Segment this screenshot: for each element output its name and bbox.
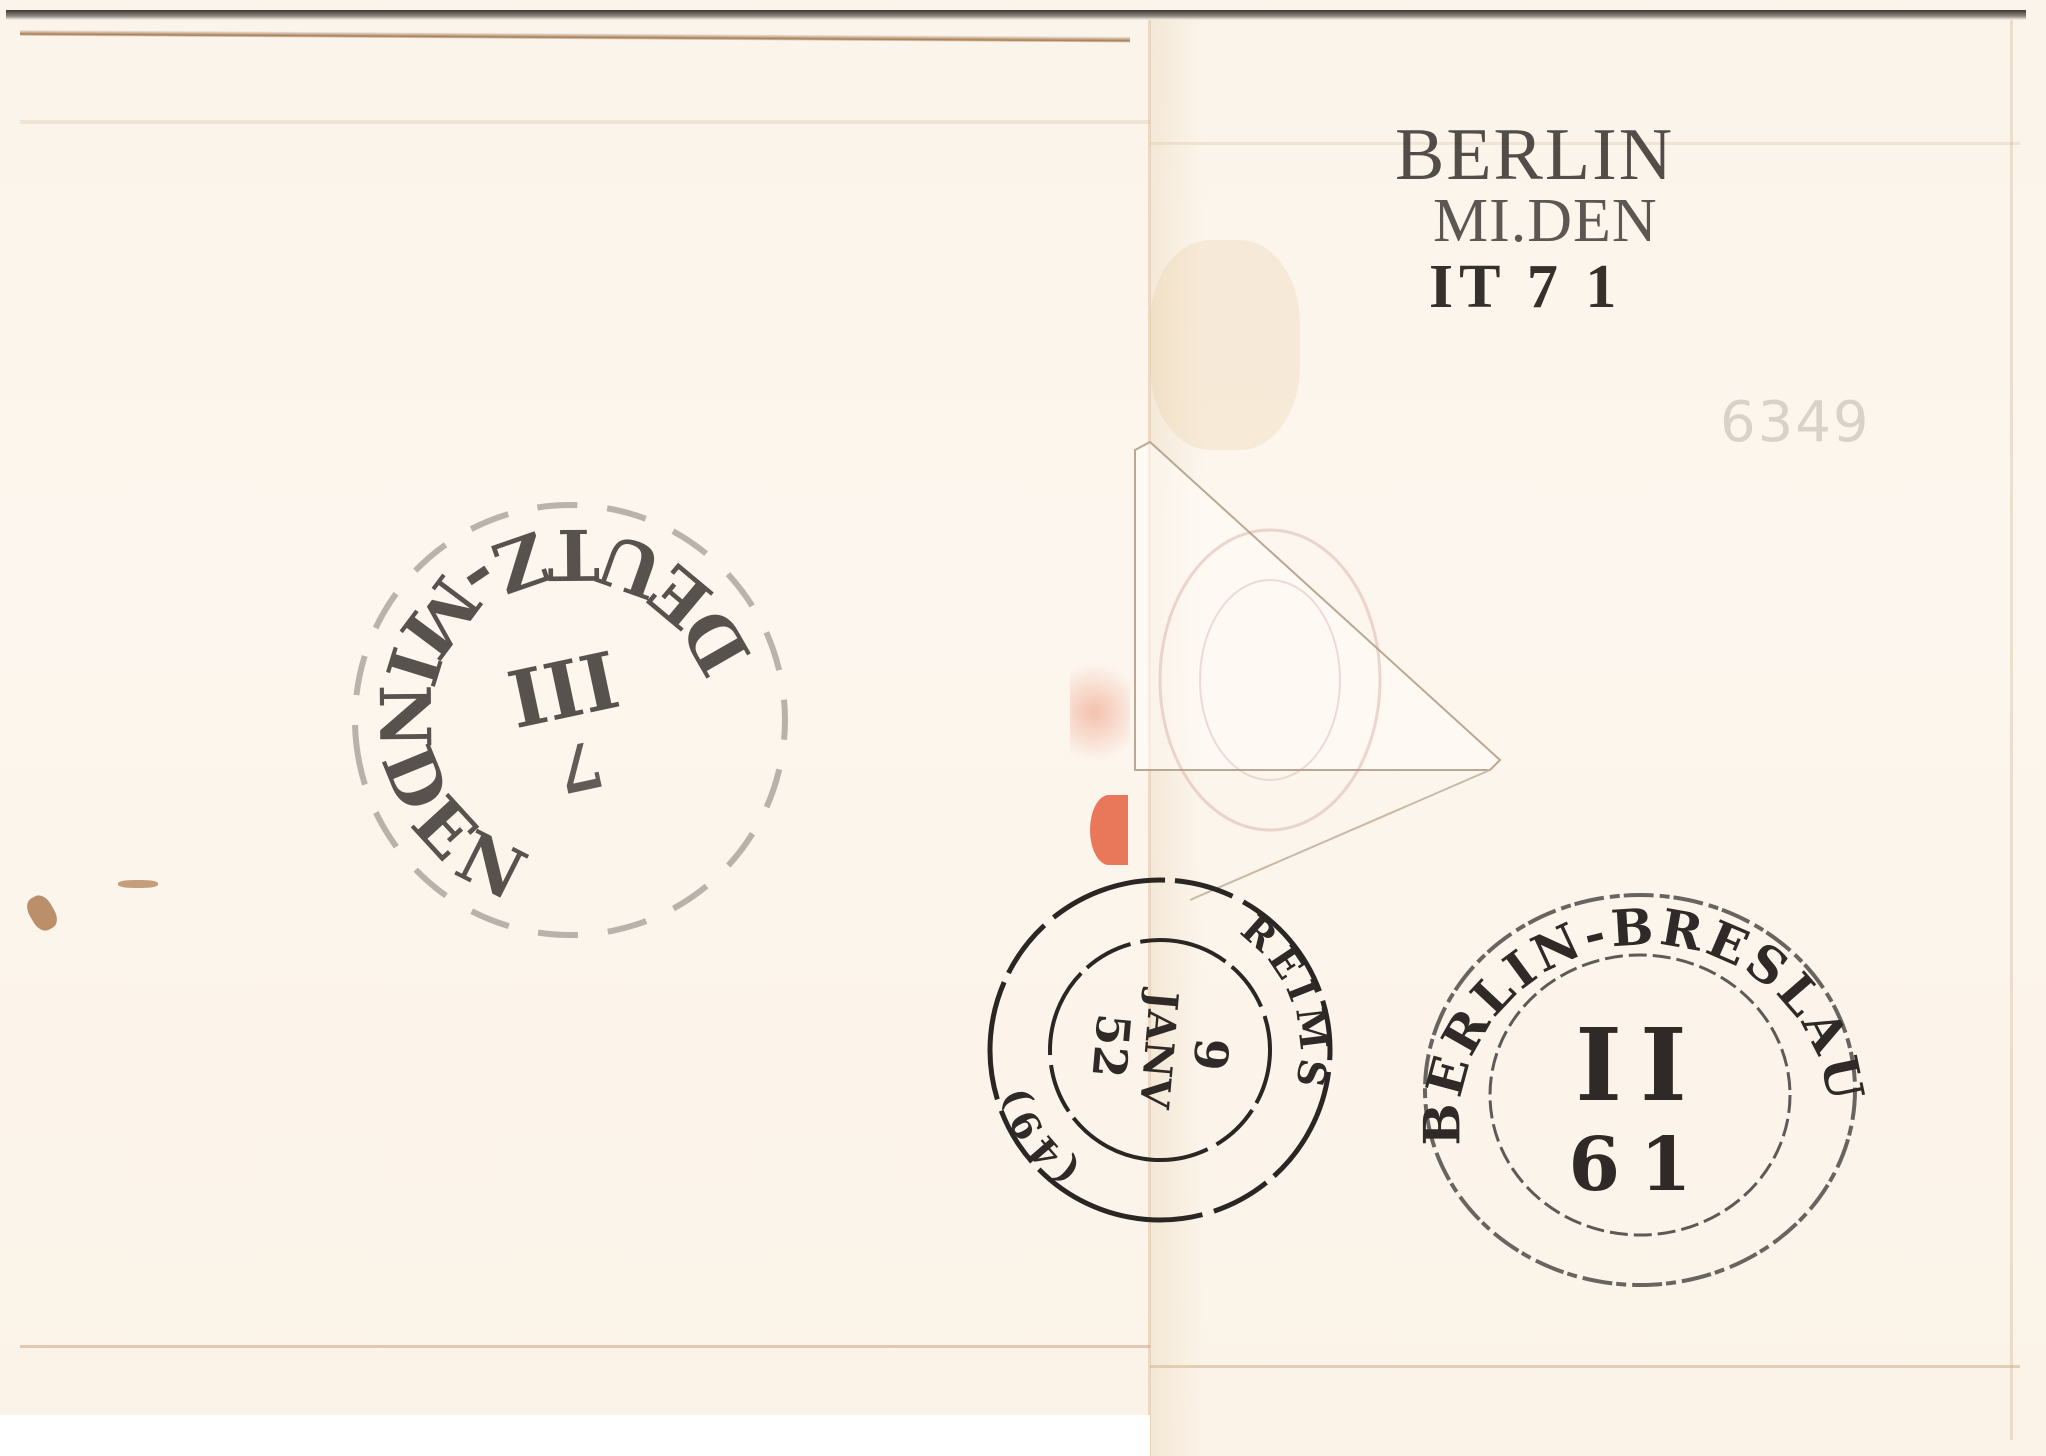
reims-town: REIMS	[1220, 903, 1350, 1096]
stain	[23, 891, 62, 934]
berlin-breslau-inner2: 61	[1569, 1122, 1712, 1208]
svg-text:REIMS: REIMS	[1220, 903, 1350, 1096]
wax-seal	[1090, 795, 1128, 865]
berlin-line2: MI.DEN	[1433, 190, 1674, 252]
wax-residue	[1070, 640, 1130, 760]
reims-postmark: REIMS (49) 9 JANV 52	[975, 865, 1345, 1239]
deutz-minden-inner2: III	[500, 631, 626, 743]
stain	[1150, 240, 1300, 450]
reims-day: 9	[1183, 1036, 1240, 1073]
stain	[118, 880, 158, 888]
bottom-margin	[0, 1415, 1150, 1456]
fold-line	[20, 1345, 1150, 1348]
seal-flap	[1120, 430, 1540, 910]
svg-text:(49): (49)	[981, 1076, 1094, 1197]
pencil-annotation: 6349	[1720, 390, 1871, 455]
top-edge	[6, 10, 2026, 20]
reims-number: (49)	[981, 1076, 1094, 1197]
berlin-breslau-inner1: II	[1575, 1006, 1705, 1124]
berlin-breslau-postmark: BERLIN-BRESLAU II 61	[1415, 870, 1875, 1274]
deutz-minden-inner1: 7	[550, 724, 609, 807]
reims-year: 52	[1081, 1011, 1140, 1079]
deutz-minden-postmark: DEUTZ-MINDEN 7 III	[330, 480, 810, 964]
berlin-straightline-postmark: BERLIN MI.DEN IT 7 1	[1395, 120, 1674, 322]
berlin-line1: BERLIN	[1395, 120, 1674, 190]
postal-cover: BERLIN MI.DEN IT 7 1 6349 DEUTZ-MINDEN 7…	[0, 0, 2046, 1456]
berlin-line3: IT 7 1	[1429, 252, 1674, 322]
top-flap-fold	[20, 30, 1130, 43]
fold-line	[20, 120, 1150, 124]
